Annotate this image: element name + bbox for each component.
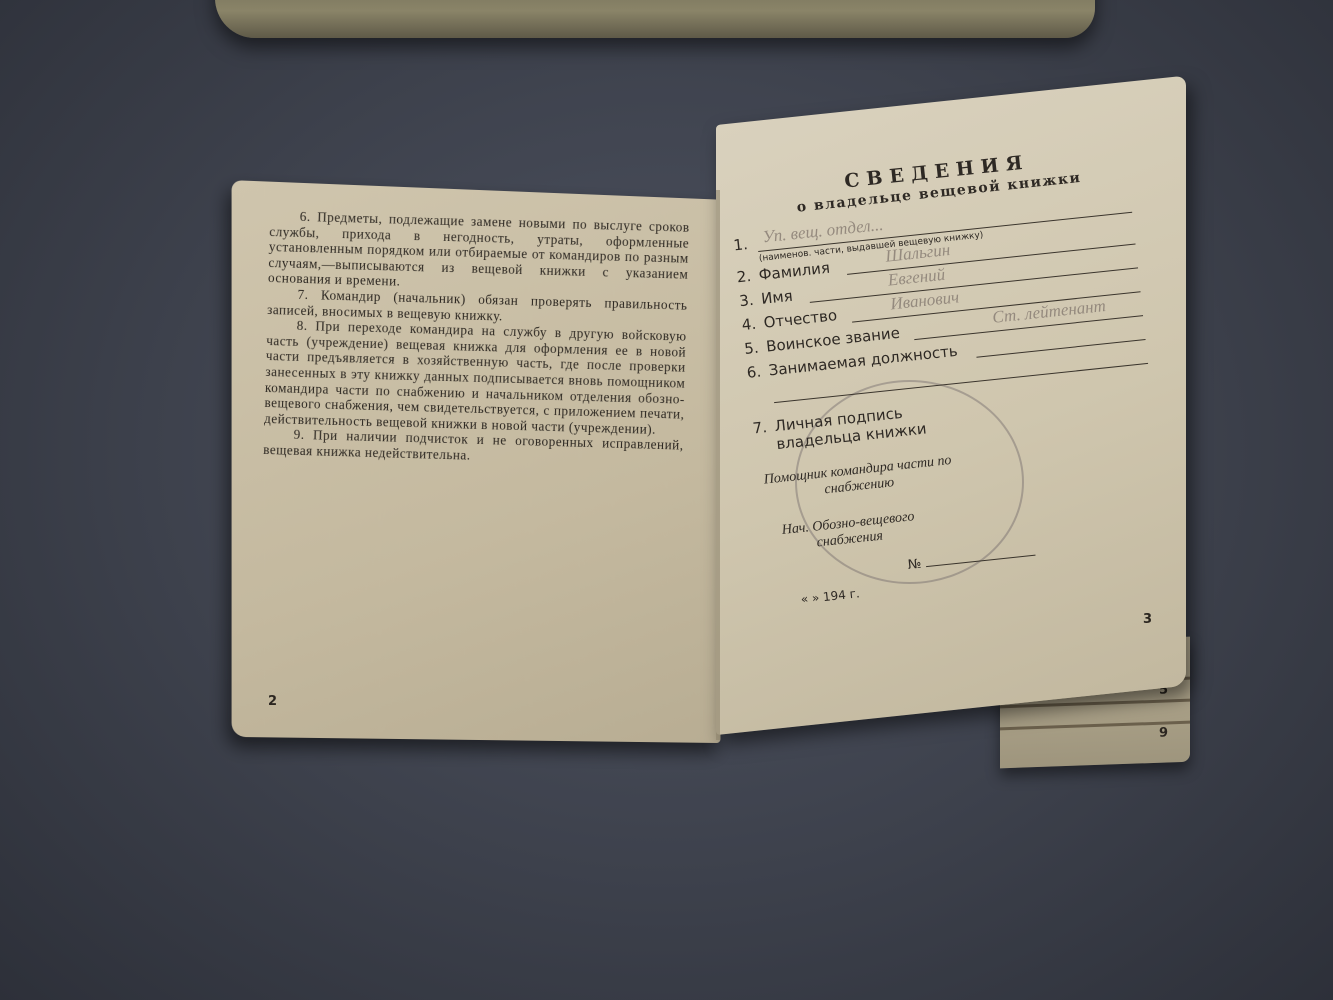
stack-page-number: 9 xyxy=(1159,725,1168,740)
owner-info-form: СВЕДЕНИЯ о владельце вещевой книжки 1. У… xyxy=(725,121,1197,682)
supply-assistant-signature: Помощник командира части по снабжению xyxy=(757,452,959,505)
open-booklet: 5 9 6. Предметы, подлежащие замене новым… xyxy=(0,0,1333,1000)
supply-chief-signature: Нач. Обозно-вещевого снабжения xyxy=(763,507,935,557)
spine xyxy=(716,190,720,740)
paragraph-8: 8. При переходе командира на службу в др… xyxy=(264,317,687,438)
left-page-number: 2 xyxy=(268,694,277,709)
left-page-text: 6. Предметы, подлежащие замене новыми по… xyxy=(263,208,690,469)
paragraph-6: 6. Предметы, подлежащие замене новыми по… xyxy=(268,208,690,298)
right-page-number: 3 xyxy=(1143,612,1152,627)
